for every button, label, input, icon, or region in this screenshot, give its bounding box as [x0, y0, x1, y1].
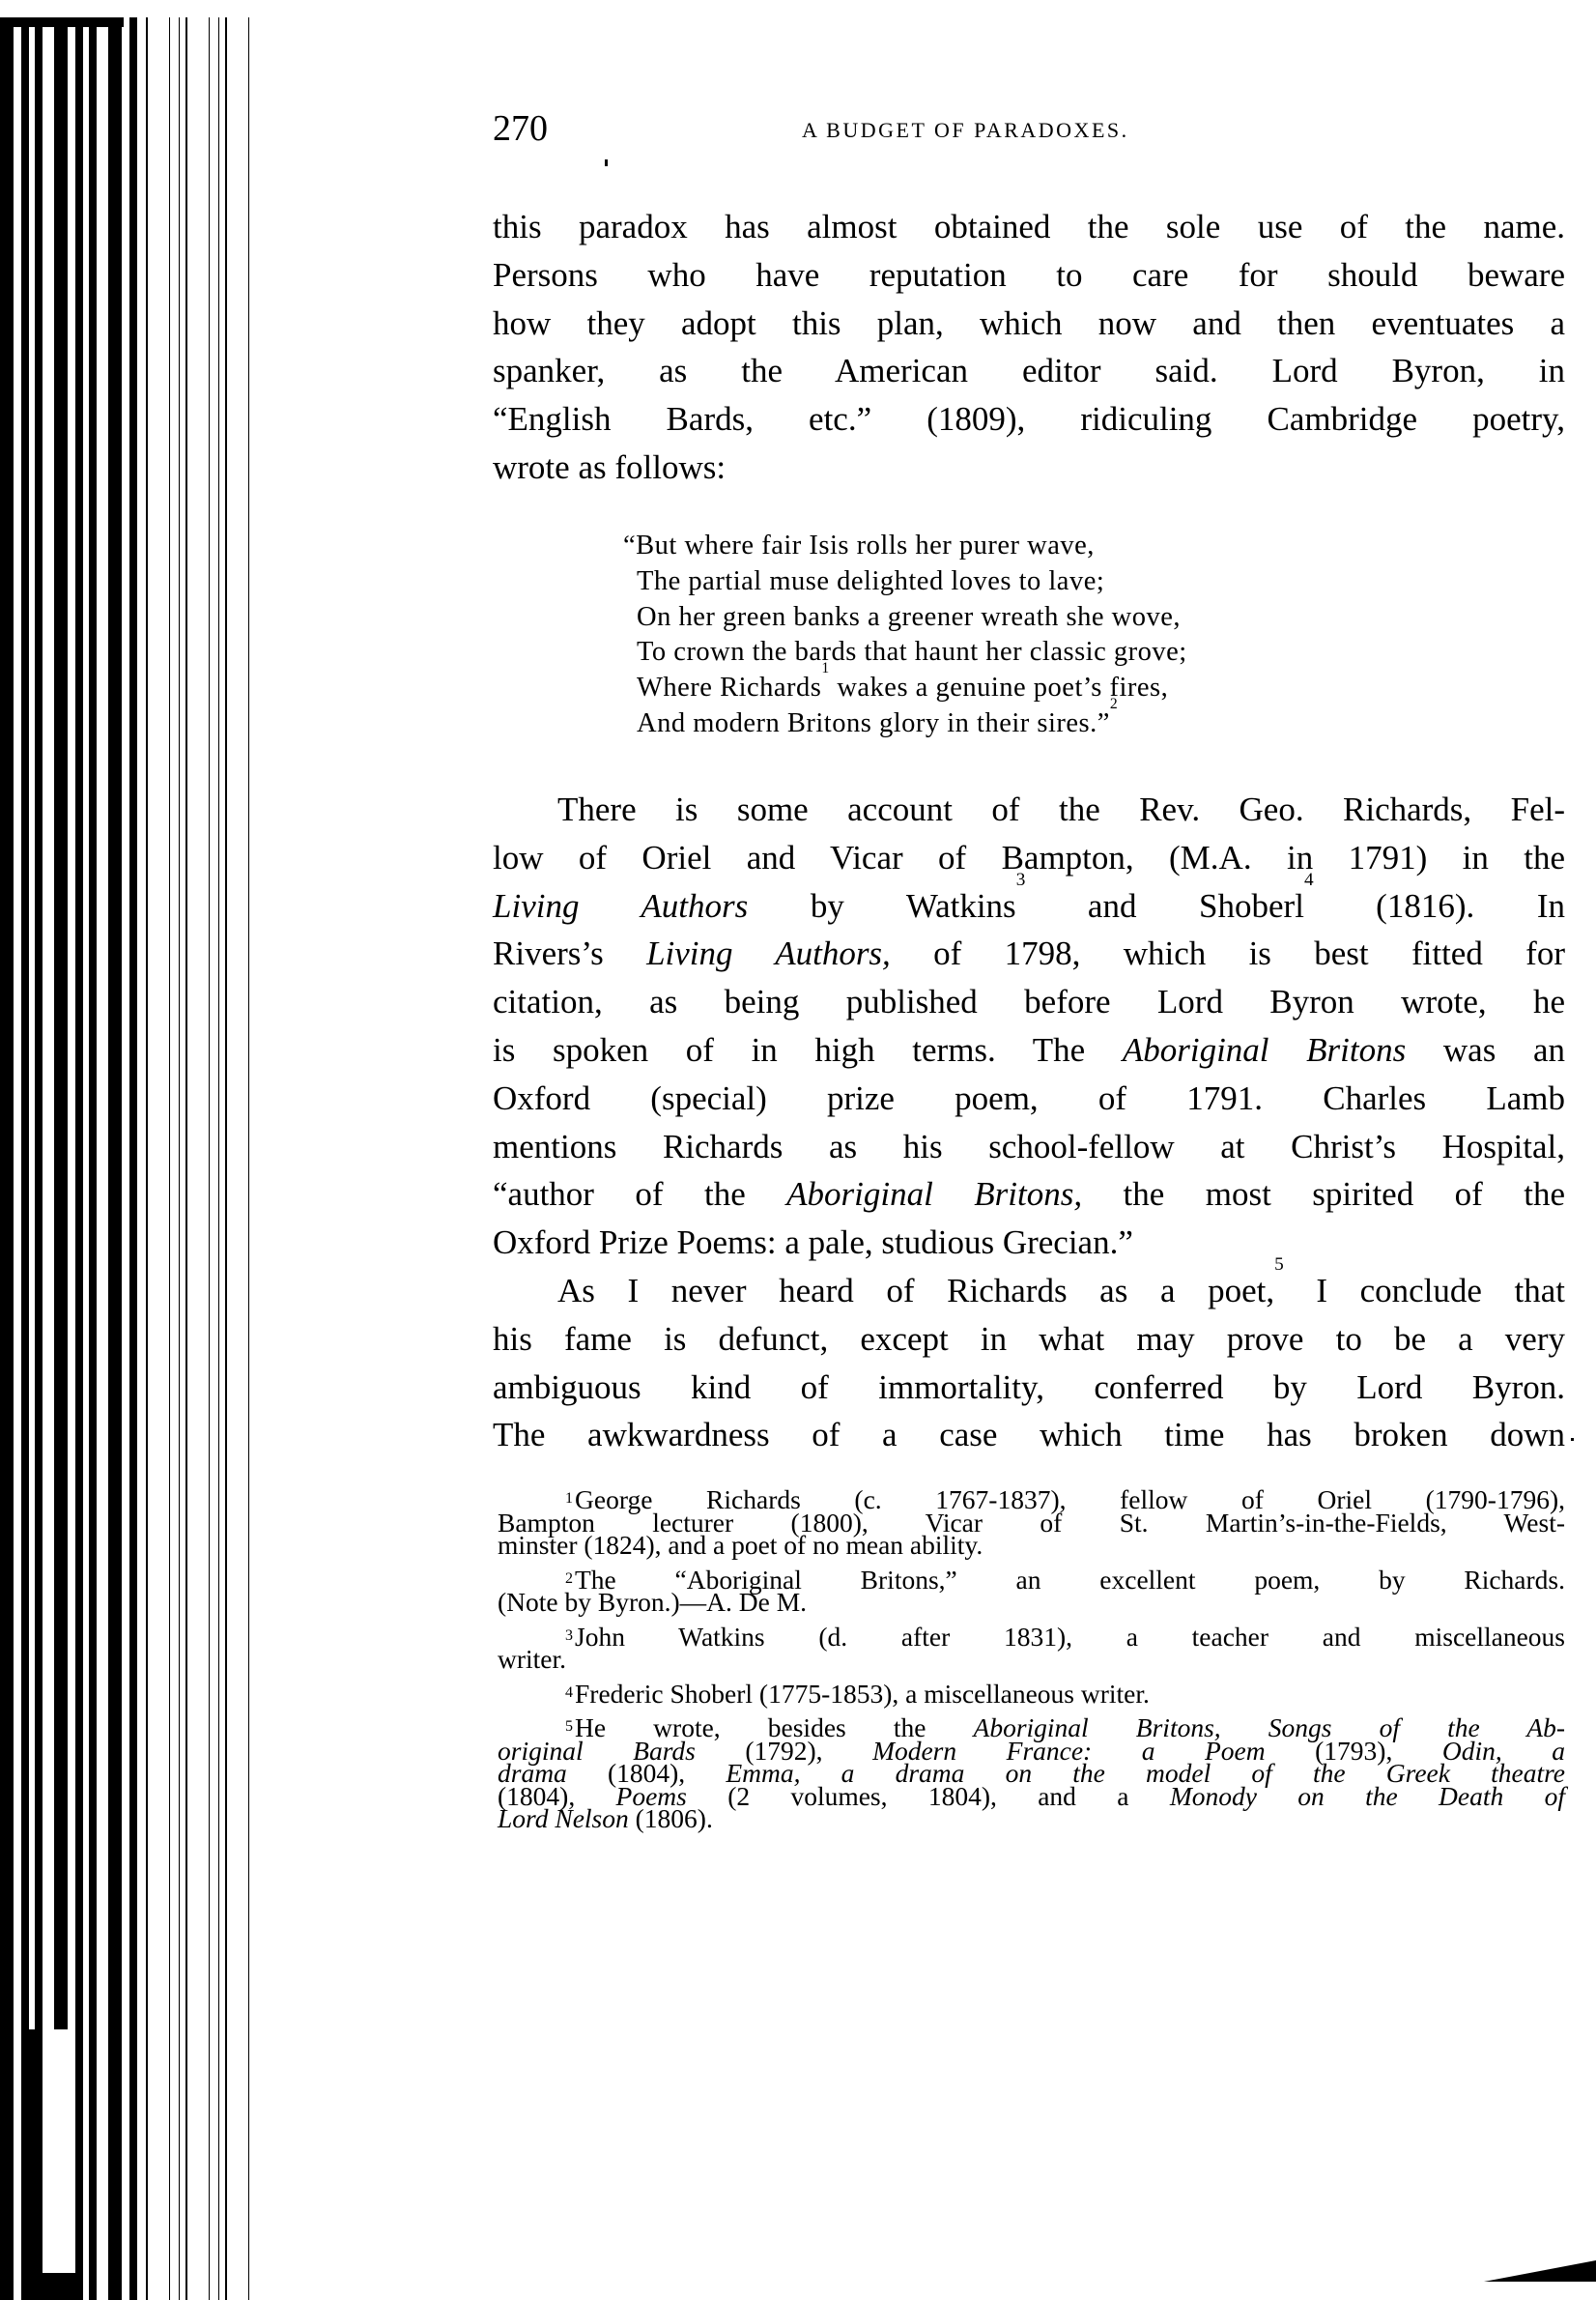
footnote-1: 1George Richards (c. 1767-1837), fellow …	[498, 1488, 1565, 1557]
poem-line: “But where fair Isis rolls her purer wav…	[623, 529, 1187, 564]
footnote-line: 4Frederic Shoberl (1775-1853), a miscell…	[498, 1682, 1565, 1706]
book-spine-top-edge	[0, 17, 124, 27]
text-line: Persons who have reputation to care for …	[493, 251, 1565, 300]
page-corner-shadow	[1484, 2260, 1596, 2282]
text-run: the most spirited of the	[1082, 1175, 1565, 1213]
footnote-ref[interactable]: 3	[1016, 870, 1026, 890]
book-title: Aboriginal Britons	[1123, 1031, 1406, 1069]
footnote-ref[interactable]: 5	[1274, 1254, 1284, 1275]
text-line: As I never heard of Richards as a poet,5…	[493, 1267, 1565, 1315]
footnote-marker: 3	[565, 1627, 573, 1644]
poem-line: On her green banks a greener wreath she …	[623, 600, 1187, 636]
book-title: Monody on the Death of	[1170, 1781, 1565, 1811]
paragraph-opening: this paradox has almost obtained the sol…	[493, 203, 1565, 492]
book-title: Aboriginal Britons,	[786, 1175, 1082, 1213]
text-line: Living Authors by Watkins3 and Shoberl4 …	[493, 882, 1565, 931]
book-title: Living Authors	[493, 887, 748, 925]
text-run: “author of the	[493, 1175, 786, 1213]
text-line: Oxford Prize Poems: a pale, studious Gre…	[493, 1219, 1565, 1267]
text-run: of 1798, which is best fitted for	[891, 934, 1565, 972]
text-line: spanker, as the American editor said. Lo…	[493, 347, 1565, 395]
poem-line: To crown the bards that haunt her classi…	[623, 635, 1187, 671]
footnote-line: minster (1824), and a poet of no mean ab…	[498, 1534, 1565, 1557]
book-title: Living Authors,	[646, 934, 891, 972]
running-title: A BUDGET OF PARADOXES.	[802, 116, 1129, 145]
footnote-marker: 1	[565, 1490, 573, 1507]
text-run: Rivers’s	[493, 934, 646, 972]
footnote-3: 3John Watkins (d. after 1831), a teacher…	[498, 1625, 1565, 1671]
text-line: is spoken of in high terms. The Aborigin…	[493, 1026, 1565, 1075]
text-run: As I never heard of Richards as a poet,	[557, 1272, 1274, 1309]
text-run: I conclude that	[1284, 1272, 1565, 1309]
text-run: Frederic Shoberl (1775-1853), a miscella…	[575, 1679, 1150, 1709]
text-run: was an	[1406, 1031, 1565, 1069]
text-line: “author of the Aboriginal Britons, the m…	[493, 1170, 1565, 1219]
footnote-ref[interactable]: 2	[1110, 696, 1118, 712]
poem-quotation: “But where fair Isis rolls her purer wav…	[623, 529, 1187, 742]
text-line: There is some account of the Rev. Geo. R…	[493, 786, 1565, 834]
footnotes: 1George Richards (c. 1767-1837), fellow …	[498, 1488, 1565, 1842]
text-run: is spoken of in high terms. The	[493, 1031, 1123, 1069]
poem-line-start: Where Richards	[637, 673, 821, 703]
text-run: by Watkins	[748, 887, 1015, 925]
footnote-ref[interactable]: 1	[821, 660, 829, 676]
footnote-5: 5He wrote, besides the Aboriginal Briton…	[498, 1716, 1565, 1830]
print-artifact-mark	[605, 159, 608, 166]
footnote-line: 3John Watkins (d. after 1831), a teacher…	[498, 1625, 1565, 1649]
page-number: 270	[493, 108, 548, 149]
book-title: Lord Nelson	[498, 1803, 629, 1833]
text-line: this paradox has almost obtained the sol…	[493, 203, 1565, 251]
print-artifact-dot	[1571, 1438, 1574, 1441]
text-line: The awkwardness of a case which time has…	[493, 1411, 1565, 1459]
text-run: John Watkins (d. after 1831), a teacher …	[575, 1622, 1565, 1652]
poem-line: Where Richards1 wakes a genuine poet’s f…	[623, 671, 1187, 706]
text-line: ambiguous kind of immortality, conferred…	[493, 1364, 1565, 1412]
footnote-4: 4Frederic Shoberl (1775-1853), a miscell…	[498, 1682, 1565, 1706]
book-spine-bottom-gap	[43, 2029, 75, 2273]
text-line: his fame is defunct, except in what may …	[493, 1315, 1565, 1364]
poem-line-text: And modern Britons glory in their sires.…	[637, 708, 1110, 738]
running-head: 270 A BUDGET OF PARADOXES.	[493, 108, 1565, 149]
text-line: how they adopt this plan, which now and …	[493, 300, 1565, 348]
poem-line: The partial muse delighted loves to lave…	[623, 564, 1187, 600]
text-run: (2 volumes, 1804), and a	[687, 1781, 1170, 1811]
text-line: citation, as being published before Lord…	[493, 978, 1565, 1026]
footnote-line: Lord Nelson (1806).	[498, 1807, 1565, 1830]
footnote-line: (Note by Byron.)—A. De M.	[498, 1591, 1565, 1614]
text-run: and Shoberl	[1025, 887, 1304, 925]
footnote-2: 2The “Aboriginal Britons,” an excellent …	[498, 1568, 1565, 1614]
text-run: (1816). In	[1314, 887, 1565, 925]
text-line: Oxford (special) prize poem, of 1791. Ch…	[493, 1075, 1565, 1123]
footnote-ref[interactable]: 4	[1304, 870, 1314, 890]
poem-line: And modern Britons glory in their sires.…	[623, 706, 1187, 742]
text-line: low of Oriel and Vicar of Bampton, (M.A.…	[493, 834, 1565, 882]
text-line: wrote as follows:	[493, 444, 1565, 492]
text-line: mentions Richards as his school-fellow a…	[493, 1123, 1565, 1171]
text-line: “English Bards, etc.” (1809), ridiculing…	[493, 395, 1565, 444]
paragraph-richards-account: There is some account of the Rev. Geo. R…	[493, 786, 1565, 1459]
text-line: Rivers’s Living Authors, of 1798, which …	[493, 930, 1565, 978]
book-spine-page-edges	[140, 17, 256, 2300]
footnote-marker: 5	[565, 1718, 573, 1735]
text-run: (1806).	[629, 1803, 713, 1833]
footnote-line: writer.	[498, 1648, 1565, 1671]
footnote-marker: 4	[565, 1684, 573, 1701]
footnote-marker: 2	[565, 1570, 573, 1587]
